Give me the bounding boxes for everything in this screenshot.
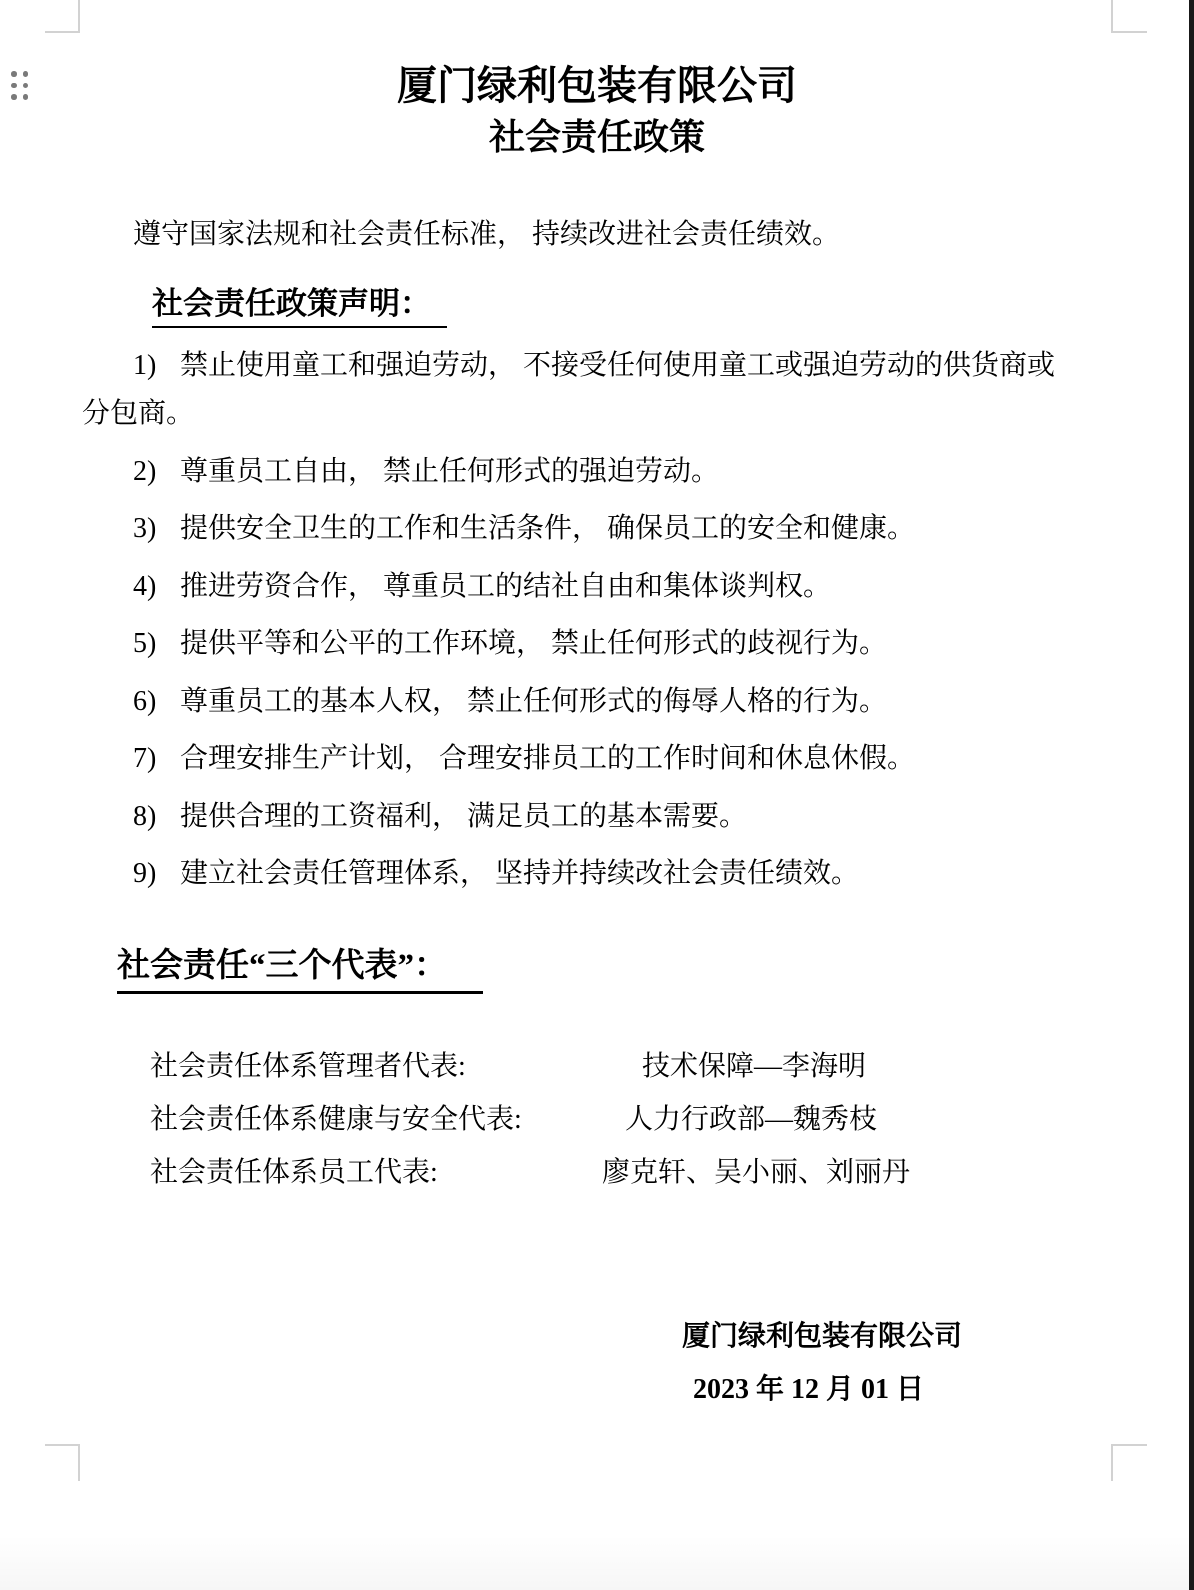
representative-label: 社会责任体系员工代表: [150, 1146, 438, 1199]
crop-mark-top-right [1111, 0, 1113, 33]
policy-item: 5) 提供平等和公平的工作环境， 禁止任何形式的歧视行为。 [82, 620, 1112, 668]
representative-value: 人力行政部—魏秀枝 [625, 1093, 877, 1146]
item-text: 禁止使用童工和强迫劳动， 不接受任何使用童工或强迫劳动的供货商或 [82, 342, 1112, 390]
crop-mark-bottom-left [45, 1444, 80, 1446]
right-edge-strip [1189, 0, 1194, 1590]
policy-item: 2) 尊重员工自由， 禁止任何形式的强迫劳动。 [82, 448, 1112, 496]
policy-statement-heading: 社会责任政策声明： [152, 287, 447, 328]
item-number: 6) [133, 678, 156, 726]
representative-label: 社会责任体系健康与安全代表: [150, 1093, 522, 1146]
crop-mark-bottom-right [1111, 1444, 1113, 1481]
item-number: 8) [133, 793, 156, 841]
bottom-fade [0, 1535, 1189, 1590]
item-text: 建立社会责任管理体系， 坚持并持续改社会责任绩效。 [82, 850, 1112, 898]
item-number: 7) [133, 735, 156, 783]
policy-item: 3) 提供安全卫生的工作和生活条件， 确保员工的安全和健康。 [82, 505, 1112, 553]
item-text: 提供安全卫生的工作和生活条件， 确保员工的安全和健康。 [82, 505, 1112, 553]
item-number: 9) [133, 850, 156, 898]
crop-mark-top-right [1111, 31, 1147, 33]
representative-row: 社会责任体系管理者代表: 技术保障—李海明 [82, 1040, 1112, 1093]
item-text: 提供合理的工资福利， 满足员工的基本需要。 [82, 793, 1112, 841]
item-text: 尊重员工自由， 禁止任何形式的强迫劳动。 [82, 448, 1112, 496]
policy-item: 6) 尊重员工的基本人权， 禁止任何形式的侮辱人格的行为。 [82, 678, 1112, 726]
document-title: 厦门绿利包装有限公司 [82, 64, 1112, 108]
policy-item: 4) 推进劳资合作， 尊重员工的结社自由和集体谈判权。 [82, 563, 1112, 611]
representatives-list: 社会责任体系管理者代表: 技术保障—李海明 社会责任体系健康与安全代表: 人力行… [82, 1040, 1112, 1199]
three-representatives-heading: 社会责任“三个代表”： [117, 948, 483, 994]
crop-mark-bottom-left [78, 1444, 80, 1481]
signature-company: 厦门绿利包装有限公司 [682, 1320, 962, 1354]
crop-mark-top-left [78, 0, 80, 33]
representative-value: 廖克轩、吴小丽、刘丽丹 [602, 1146, 910, 1199]
item-number: 3) [133, 505, 156, 553]
item-text: 提供平等和公平的工作环境， 禁止任何形式的歧视行为。 [82, 620, 1112, 668]
item-number: 5) [133, 620, 156, 668]
representative-row: 社会责任体系员工代表: 廖克轩、吴小丽、刘丽丹 [82, 1146, 1112, 1199]
drag-handle-icon[interactable] [11, 71, 28, 100]
policy-list: 1) 禁止使用童工和强迫劳动， 不接受任何使用童工或强迫劳动的供货商或 分包商。… [82, 342, 1112, 908]
crop-mark-bottom-right [1111, 1444, 1147, 1446]
signature-date: 2023 年 12 月 01 日 [693, 1373, 924, 1407]
item-number: 2) [133, 448, 156, 496]
document-subtitle: 社会责任政策 [82, 118, 1112, 158]
document-page: 厦门绿利包装有限公司 社会责任政策 遵守国家法规和社会责任标准， 持续改进社会责… [0, 0, 1194, 1590]
item-number: 1) [133, 342, 156, 390]
item-number: 4) [133, 563, 156, 611]
policy-item: 9) 建立社会责任管理体系， 坚持并持续改社会责任绩效。 [82, 850, 1112, 898]
representative-row: 社会责任体系健康与安全代表: 人力行政部—魏秀枝 [82, 1093, 1112, 1146]
item-text: 尊重员工的基本人权， 禁止任何形式的侮辱人格的行为。 [82, 678, 1112, 726]
item-text-continuation: 分包商。 [82, 390, 1112, 438]
intro-paragraph: 遵守国家法规和社会责任标准， 持续改进社会责任绩效。 [82, 219, 1112, 251]
policy-item: 7) 合理安排生产计划， 合理安排员工的工作时间和休息休假。 [82, 735, 1112, 783]
policy-item: 1) 禁止使用童工和强迫劳动， 不接受任何使用童工或强迫劳动的供货商或 分包商。 [82, 342, 1112, 438]
crop-mark-top-left [45, 31, 80, 33]
item-text: 推进劳资合作， 尊重员工的结社自由和集体谈判权。 [82, 563, 1112, 611]
policy-item: 8) 提供合理的工资福利， 满足员工的基本需要。 [82, 793, 1112, 841]
representative-label: 社会责任体系管理者代表: [150, 1040, 466, 1093]
item-text: 合理安排生产计划， 合理安排员工的工作时间和休息休假。 [82, 735, 1112, 783]
representative-value: 技术保障—李海明 [642, 1040, 866, 1093]
